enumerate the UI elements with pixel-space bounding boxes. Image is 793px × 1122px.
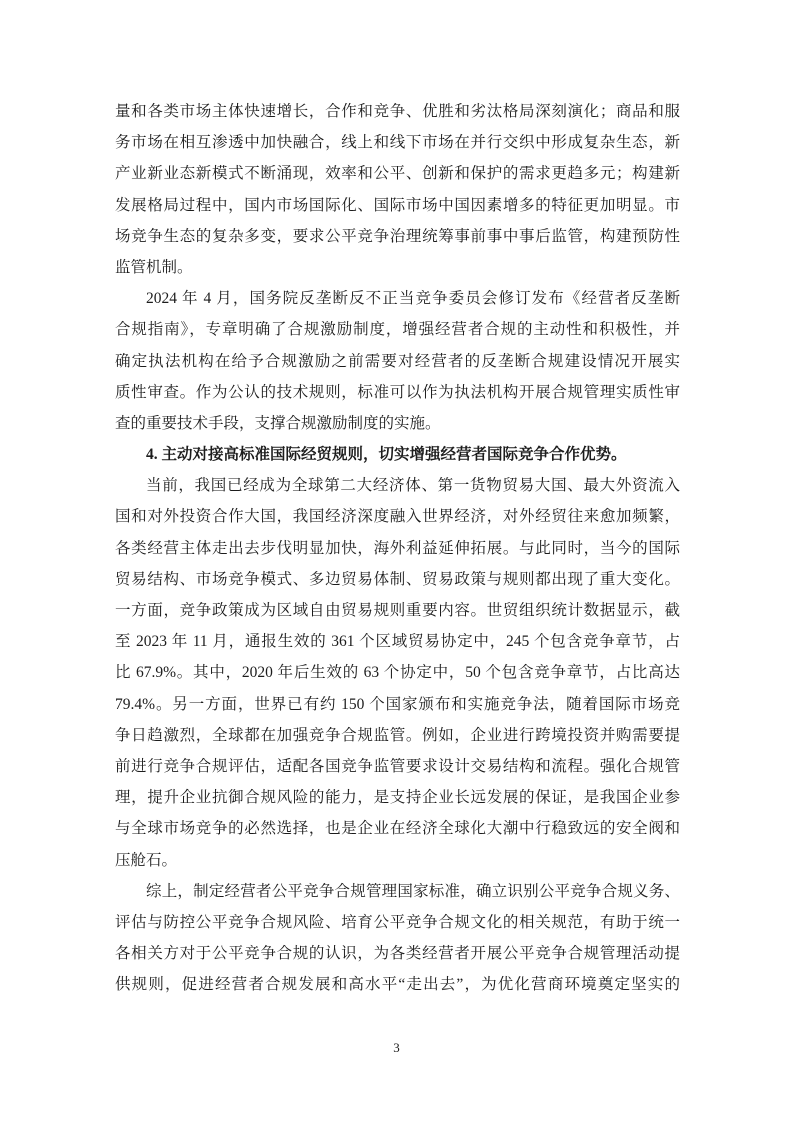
text-line: 一方面，竞争政策成为区域自由贸易规则重要内容。世贸组织统计数据显示，截 bbox=[115, 595, 680, 626]
paragraph: 综上，制定经营者公平竞争合规管理国家标准，确立识别公平竞争合规义务、评估与防控公… bbox=[115, 876, 680, 1001]
text-line: 量和各类市场主体快速增长，合作和竞争、优胜和劣汰格局深刻演化；商品和服 bbox=[115, 96, 680, 127]
section-heading: 4. 主动对接高标准国际经贸规则，切实增强经营者国际竞争合作优势。 bbox=[115, 439, 680, 470]
text-line: 场竞争生态的复杂多变，要求公平竞争治理统筹事前事中事后监管，构建预防性 bbox=[115, 221, 680, 252]
text-line: 各类经营主体走出去步伐明显加快，海外利益延伸拓展。与此同时，当今的国际 bbox=[115, 533, 680, 564]
paragraph: 当前，我国已经成为全球第二大经济体、第一货物贸易大国、最大外资流入国和对外投资合… bbox=[115, 470, 680, 875]
text-line: 理，提升企业抗御合规风险的能力，是支持企业长远发展的保证，是我国企业参 bbox=[115, 782, 680, 813]
text-line: 各相关方对于公平竞争合规的认识，为各类经营者开展公平竞争合规管理活动提 bbox=[115, 938, 680, 969]
paragraph: 量和各类市场主体快速增长，合作和竞争、优胜和劣汰格局深刻演化；商品和服务市场在相… bbox=[115, 96, 680, 283]
text-line: 79.4%。另一方面，世界已有约 150 个国家颁布和实施竞争法，随着国际市场竞 bbox=[115, 689, 680, 720]
page-footer: 3 bbox=[0, 1038, 793, 1058]
text-line: 至 2023 年 11 月，通报生效的 361 个区域贸易协定中，245 个包含… bbox=[115, 626, 680, 657]
text-line: 比 67.9%。其中，2020 年后生效的 63 个协定中，50 个包含竞争章节… bbox=[115, 657, 680, 688]
text-line: 供规则，促进经营者合规发展和高水平“走出去”，为优化营商环境奠定坚实的 bbox=[115, 969, 680, 1000]
text-line: 争日趋激烈，全球都在加强竞争合规监管。例如，企业进行跨境投资并购需要提 bbox=[115, 720, 680, 751]
text-line: 与全球市场竞争的必然选择，也是企业在经济全球化大潮中行稳致远的安全阀和 bbox=[115, 813, 680, 844]
text-line: 监管机制。 bbox=[115, 252, 680, 283]
text-line: 当前，我国已经成为全球第二大经济体、第一货物贸易大国、最大外资流入 bbox=[115, 470, 680, 501]
document-body: 量和各类市场主体快速增长，合作和竞争、优胜和劣汰格局深刻演化；商品和服务市场在相… bbox=[115, 96, 680, 1000]
text-line: 质性审查。作为公认的技术规则，标准可以作为执法机构开展合规管理实质性审 bbox=[115, 377, 680, 408]
text-line: 贸易结构、市场竞争模式、多边贸易体制、贸易政策与规则都出现了重大变化。 bbox=[115, 564, 680, 595]
text-line: 务市场在相互渗透中加快融合，线上和线下市场在并行交织中形成复杂生态，新 bbox=[115, 127, 680, 158]
text-line: 前进行竞争合规评估，适配各国竞争监管要求设计交易结构和流程。强化合规管 bbox=[115, 751, 680, 782]
text-line: 评估与防控公平竞争合规风险、培育公平竞争合规文化的相关规范，有助于统一 bbox=[115, 907, 680, 938]
text-line: 合规指南》，专章明确了合规激励制度，增强经营者合规的主动性和积极性，并 bbox=[115, 314, 680, 345]
text-line: 查的重要技术手段，支撑合规激励制度的实施。 bbox=[115, 408, 680, 439]
section-heading-line: 4. 主动对接高标准国际经贸规则，切实增强经营者国际竞争合作优势。 bbox=[115, 439, 680, 470]
text-line: 压舱石。 bbox=[115, 845, 680, 876]
page-number: 3 bbox=[393, 1040, 400, 1055]
paragraph: 2024 年 4 月，国务院反垄断反不正当竞争委员会修订发布《经营者反垄断合规指… bbox=[115, 283, 680, 439]
text-line: 2024 年 4 月，国务院反垄断反不正当竞争委员会修订发布《经营者反垄断 bbox=[115, 283, 680, 314]
text-line: 确定执法机构在给予合规激励之前需要对经营者的反垄断合规建设情况开展实 bbox=[115, 346, 680, 377]
text-line: 综上，制定经营者公平竞争合规管理国家标准，确立识别公平竞争合规义务、 bbox=[115, 876, 680, 907]
text-line: 发展格局过程中，国内市场国际化、国际市场中国因素增多的特征更加明显。市 bbox=[115, 190, 680, 221]
text-line: 国和对外投资合作大国，我国经济深度融入世界经济，对外经贸往来愈加频繁， bbox=[115, 501, 680, 532]
document-page: 量和各类市场主体快速增长，合作和竞争、优胜和劣汰格局深刻演化；商品和服务市场在相… bbox=[0, 0, 793, 1122]
text-line: 产业新业态新模式不断涌现，效率和公平、创新和保护的需求更趋多元；构建新 bbox=[115, 158, 680, 189]
